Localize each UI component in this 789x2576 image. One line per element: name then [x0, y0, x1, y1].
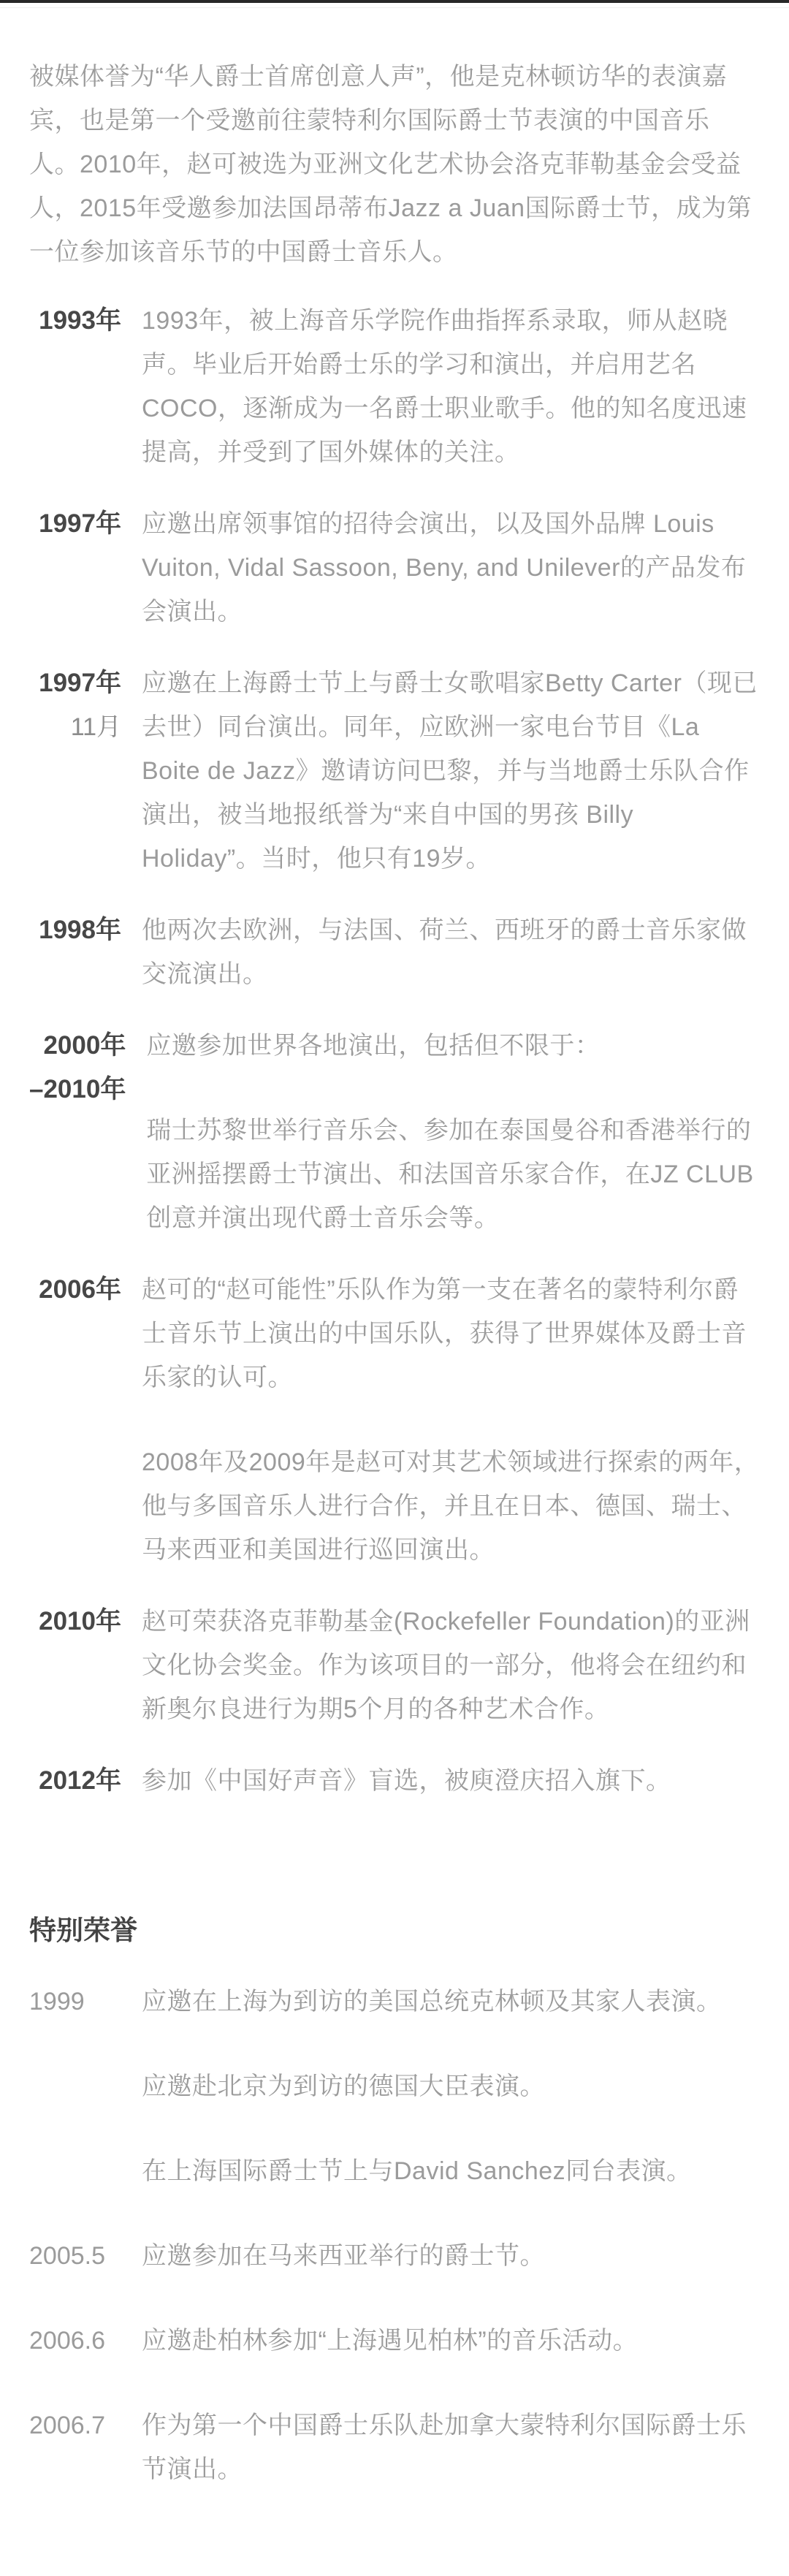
entry-paragraph: 他两次去欧洲，与法国、荷兰、西班牙的爵士音乐家做交流演出。 [142, 908, 760, 996]
entry-text: 应邀出席领事馆的招待会演出，以及国外品牌 Louis Vuiton, Vidal… [142, 502, 760, 634]
page-content: 被媒体誉为“华人爵士首席创意人声”，他是克林顿访华的表演嘉宾，也是第一个受邀前往… [0, 8, 789, 2561]
honor-year: 2006.6 [29, 2319, 121, 2363]
year-label: 1997年 11月 [29, 661, 121, 749]
timeline-entry-1997: 1997年 应邀出席领事馆的招待会演出，以及国外品牌 Louis Vuiton,… [29, 502, 760, 634]
honors-entry: 在上海国际爵士节上与David Sanchez同台表演。 [29, 2149, 760, 2193]
timeline-section: 1993年 1993年，被上海音乐学院作曲指挥系录取，师从赵晓声。毕业后开始爵士… [29, 299, 760, 1803]
year-text: 1998年 [29, 908, 121, 952]
year-label: 1993年 [29, 299, 121, 343]
month-text: 11月 [29, 705, 121, 749]
entry-paragraph: 应邀参加世界各地演出，包括但不限于： [146, 1024, 760, 1068]
year-label: 1998年 [29, 908, 121, 952]
entry-paragraph: 瑞士苏黎世举行音乐会、参加在泰国曼谷和香港举行的亚洲摇摆爵士节演出、和法国音乐家… [146, 1109, 760, 1240]
year-label: 2010年 [29, 1600, 121, 1644]
entry-paragraph: 2008年及2009年是赵可对其艺术领域进行探索的两年，他与多国音乐人进行合作，… [142, 1440, 760, 1572]
top-hairline-divider [0, 3, 789, 8]
entry-paragraph: 应邀在上海爵士节上与爵士女歌唱家Betty Carter（现已去世）同台演出。同… [142, 661, 760, 881]
honors-heading: 特别荣誉 [29, 1912, 760, 1949]
year-text: 1993年 [29, 299, 121, 343]
entry-text: 他两次去欧洲，与法国、荷兰、西班牙的爵士音乐家做交流演出。 [142, 908, 760, 996]
year-label: 2006年 [29, 1268, 121, 1312]
year-text: 2000年 [29, 1024, 126, 1068]
honor-text: 应邀参加在马来西亚举行的爵士节。 [142, 2234, 760, 2278]
entry-text: 1993年，被上海音乐学院作曲指挥系录取，师从赵晓声。毕业后开始爵士乐的学习和演… [142, 299, 760, 474]
timeline-entry-2006: 2006年 赵可的“赵可能性”乐队作为第一支在著名的蒙特利尔爵士音乐节上演出的中… [29, 1268, 760, 1572]
entry-paragraph: 应邀出席领事馆的招待会演出，以及国外品牌 Louis Vuiton, Vidal… [142, 502, 760, 634]
entry-paragraph: 参加《中国好声音》盲选，被庾澄庆招入旗下。 [142, 1759, 760, 1803]
year-text-line2: –2010年 [29, 1068, 126, 1112]
honor-year: 2005.5 [29, 2234, 121, 2278]
entry-text: 应邀参加世界各地演出，包括但不限于： 瑞士苏黎世举行音乐会、参加在泰国曼谷和香港… [146, 1024, 760, 1240]
timeline-entry-1997-11: 1997年 11月 应邀在上海爵士节上与爵士女歌唱家Betty Carter（现… [29, 661, 760, 881]
timeline-entry-1998: 1998年 他两次去欧洲，与法国、荷兰、西班牙的爵士音乐家做交流演出。 [29, 908, 760, 996]
entry-paragraph: 应邀赴柏林参加“上海遇见柏林”的音乐活动。 [142, 2319, 760, 2363]
honors-section: 1999 应邀在上海为到访的美国总统克林顿及其家人表演。 应邀赴北京为到访的德国… [29, 1980, 760, 2491]
honor-year: 1999 [29, 1980, 121, 2024]
year-label: 2012年 [29, 1759, 121, 1803]
entry-text: 赵可的“赵可能性”乐队作为第一支在著名的蒙特利尔爵士音乐节上演出的中国乐队，获得… [142, 1268, 760, 1572]
year-text: 2012年 [29, 1759, 121, 1803]
timeline-entry-1993: 1993年 1993年，被上海音乐学院作曲指挥系录取，师从赵晓声。毕业后开始爵士… [29, 299, 760, 474]
honor-text: 应邀在上海为到访的美国总统克林顿及其家人表演。 [142, 1980, 760, 2024]
entry-paragraph: 1993年，被上海音乐学院作曲指挥系录取，师从赵晓声。毕业后开始爵士乐的学习和演… [142, 299, 760, 474]
honors-entry-1999: 1999 应邀在上海为到访的美国总统克林顿及其家人表演。 [29, 1980, 760, 2024]
timeline-entry-2000-2010: 2000年 –2010年 应邀参加世界各地演出，包括但不限于： 瑞士苏黎世举行音… [29, 1024, 760, 1240]
honor-text: 在上海国际爵士节上与David Sanchez同台表演。 [142, 2149, 760, 2193]
year-text: 1997年 [29, 661, 121, 705]
honor-text: 应邀赴北京为到访的德国大臣表演。 [142, 2064, 760, 2108]
entry-paragraph: 作为第一个中国爵士乐队赴加拿大蒙特利尔国际爵士乐节演出。 [142, 2404, 760, 2491]
entry-paragraph: 赵可荣获洛克菲勒基金(Rockefeller Foundation)的亚洲文化协… [142, 1600, 760, 1731]
entry-paragraph: 在上海国际爵士节上与David Sanchez同台表演。 [142, 2149, 760, 2193]
entry-paragraph: 赵可的“赵可能性”乐队作为第一支在著名的蒙特利尔爵士音乐节上演出的中国乐队，获得… [142, 1268, 760, 1399]
honors-entry-2005-5: 2005.5 应邀参加在马来西亚举行的爵士节。 [29, 2234, 760, 2278]
entry-paragraph: 应邀赴北京为到访的德国大臣表演。 [142, 2064, 760, 2108]
honor-text: 应邀赴柏林参加“上海遇见柏林”的音乐活动。 [142, 2319, 760, 2363]
honors-entry-2006-6: 2006.6 应邀赴柏林参加“上海遇见柏林”的音乐活动。 [29, 2319, 760, 2363]
year-text: 2006年 [29, 1268, 121, 1312]
biography-page: 被媒体誉为“华人爵士首席创意人声”，他是克林顿访华的表演嘉宾，也是第一个受邀前往… [0, 0, 789, 2561]
honor-year: 2006.7 [29, 2404, 121, 2447]
entry-text: 应邀在上海爵士节上与爵士女歌唱家Betty Carter（现已去世）同台演出。同… [142, 661, 760, 881]
entry-paragraph: 应邀在上海为到访的美国总统克林顿及其家人表演。 [142, 1980, 760, 2024]
timeline-entry-2012: 2012年 参加《中国好声音》盲选，被庾澄庆招入旗下。 [29, 1759, 760, 1803]
intro-paragraph: 被媒体誉为“华人爵士首席创意人声”，他是克林顿访华的表演嘉宾，也是第一个受邀前往… [29, 55, 760, 274]
entry-text: 赵可荣获洛克菲勒基金(Rockefeller Foundation)的亚洲文化协… [142, 1600, 760, 1731]
honor-text: 作为第一个中国爵士乐队赴加拿大蒙特利尔国际爵士乐节演出。 [142, 2404, 760, 2491]
entry-text: 参加《中国好声音》盲选，被庾澄庆招入旗下。 [142, 1759, 760, 1803]
year-text: 2010年 [29, 1600, 121, 1644]
honors-entry: 应邀赴北京为到访的德国大臣表演。 [29, 2064, 760, 2108]
honors-entry-2006-7: 2006.7 作为第一个中国爵士乐队赴加拿大蒙特利尔国际爵士乐节演出。 [29, 2404, 760, 2491]
year-text: 1997年 [29, 502, 121, 546]
entry-paragraph: 应邀参加在马来西亚举行的爵士节。 [142, 2234, 760, 2278]
timeline-entry-2010: 2010年 赵可荣获洛克菲勒基金(Rockefeller Foundation)… [29, 1600, 760, 1731]
year-label: 2000年 –2010年 [29, 1024, 126, 1112]
year-label: 1997年 [29, 502, 121, 546]
